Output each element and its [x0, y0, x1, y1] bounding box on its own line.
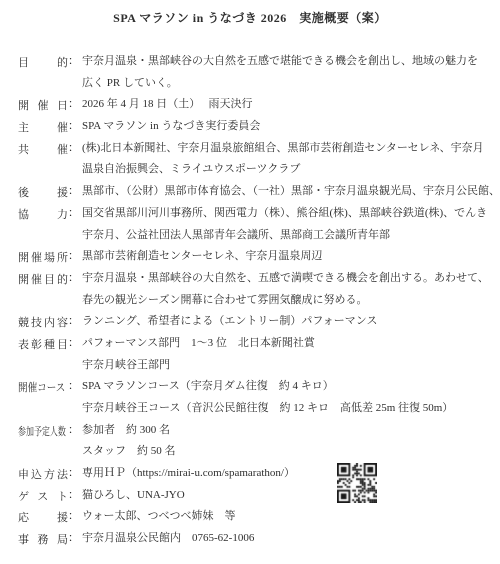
row-colon: ：: [68, 333, 82, 355]
qr-code-icon: [337, 463, 377, 503]
document-row: 開催日：2026 年 4 月 18 日（土） 雨天決行: [18, 94, 488, 116]
row-colon: ：: [68, 311, 82, 333]
document-row: 競技内容：ランニング、希望者による（エントリー制）パフォーマンス: [18, 311, 488, 333]
row-label: 共催: [18, 140, 68, 162]
row-text-line: 宇奈月温泉・黒部峡谷の大自然を、五感で満喫できる機会を創出する。あわせて、: [82, 268, 488, 290]
row-colon: ：: [68, 376, 82, 398]
row-colon: ：: [68, 116, 82, 138]
document-row: 協力：国交省黒部川河川事務所、関西電力（株）、熊谷組(株)、黒部峡谷鉄道(株)、…: [18, 203, 488, 246]
row-text-line: SPA マラソン in うなづき実行委員会: [82, 116, 488, 138]
row-label: 後援: [18, 183, 68, 205]
document-row: 後援：黒部市、（公財）黒部市体育協会、（一社）黒部・宇奈月温泉観光局、宇奈月公民…: [18, 181, 488, 203]
row-colon: ：: [68, 506, 82, 528]
document-row: ゲスト：猫ひろし、UNA-JYO: [18, 485, 488, 507]
document-row: 開催コース：SPA マラソンコース（宇奈月ダム往復 約 4 キロ）宇奈月峡谷王コ…: [18, 376, 488, 419]
row-label: ゲスト: [18, 487, 68, 509]
row-text-line: 国交省黒部川河川事務所、関西電力（株）、熊谷組(株)、黒部峡谷鉄道(株)、でんき: [82, 203, 488, 225]
rows: 目的：宇奈月温泉・黒部峡谷の大自然を五感で堪能できる機会を創出し、地域の魅力を広…: [18, 51, 488, 550]
row-text-line: 専用ＨＰ（https://mirai-u.com/spamarathon/）: [82, 463, 488, 485]
row-text-line: 宇奈月温泉・黒部峡谷の大自然を五感で堪能できる機会を創出し、地域の魅力を: [82, 51, 488, 73]
row-colon: ：: [68, 528, 82, 550]
document-row: 主催：SPA マラソン in うなづき実行委員会: [18, 116, 488, 138]
row-text-line: 黒部市、（公財）黒部市体育協会、（一社）黒部・宇奈月温泉観光局、宇奈月公民館、: [82, 181, 488, 203]
row-text-line: 温泉自治振興会、ミライユウスポーツクラブ: [82, 159, 488, 181]
row-label: 開催目的: [18, 270, 68, 292]
row-text-line: 宇奈月、公益社団法人黒部青年会議所、黒部商工会議所青年部: [82, 225, 488, 247]
row-text-line: 春先の観光シーズン開幕に合わせて雰囲気醸成に努める。: [82, 290, 488, 312]
document-row: 開催場所：黒部市芸術創造センターセレネ、宇奈月温泉周辺: [18, 246, 488, 268]
row-colon: ：: [68, 420, 82, 442]
row-text-line: パフォーマンス部門 1～3 位 北日本新聞社賞: [82, 333, 488, 355]
row-label: 開催日: [18, 96, 68, 118]
row-colon: ：: [68, 485, 82, 507]
row-text-line: 黒部市芸術創造センターセレネ、宇奈月温泉周辺: [82, 246, 488, 268]
row-text-line: スタッフ 約 50 名: [82, 441, 488, 463]
row-label: 開催場所: [18, 248, 68, 270]
row-text-line: 宇奈月峡谷王コース（音沢公民館往復 約 12 キロ 高低差 25m 往復 50m…: [82, 398, 488, 420]
document-row: 参加予定人数：参加者 約 300 名スタッフ 約 50 名: [18, 420, 488, 463]
row-label: 申込方法: [18, 465, 68, 487]
document-row: 申込方法：専用ＨＰ（https://mirai-u.com/spamaratho…: [18, 463, 488, 485]
document-row: 表彰種目：パフォーマンス部門 1～3 位 北日本新聞社賞宇奈月峡谷王部門: [18, 333, 488, 376]
row-colon: ：: [68, 268, 82, 290]
row-label: 表彰種目: [18, 335, 68, 357]
document-row: 開催目的：宇奈月温泉・黒部峡谷の大自然を、五感で満喫できる機会を創出する。あわせ…: [18, 268, 488, 311]
row-text-line: 広く PR していく。: [82, 73, 488, 95]
row-text-line: SPA マラソンコース（宇奈月ダム往復 約 4 キロ）: [82, 376, 488, 398]
row-label: 事務局: [18, 530, 68, 552]
row-label: 競技内容: [18, 313, 68, 335]
row-colon: ：: [68, 181, 82, 203]
row-label: 応援: [18, 508, 68, 530]
row-label: 目的: [18, 53, 68, 75]
document-row: 事務局：宇奈月温泉公民館内 0765-62-1006: [18, 528, 488, 550]
row-colon: ：: [68, 203, 82, 225]
row-label: 参加予定人数: [18, 422, 66, 444]
document-row: 応援：ウォー太郎、つべつべ姉妹 等: [18, 506, 488, 528]
row-text-line: 2026 年 4 月 18 日（土） 雨天決行: [82, 94, 488, 116]
row-text-line: 参加者 約 300 名: [82, 420, 488, 442]
document-page: SPA マラソン in うなづき 2026 実施概要（案） 目的：宇奈月温泉・黒…: [0, 0, 500, 564]
row-text-line: ウォー太郎、つべつべ姉妹 等: [82, 506, 488, 528]
row-text-line: ランニング、希望者による（エントリー制）パフォーマンス: [82, 311, 488, 333]
row-text-line: 宇奈月温泉公民館内 0765-62-1006: [82, 528, 488, 550]
row-label: 主催: [18, 118, 68, 140]
row-colon: ：: [68, 138, 82, 160]
row-colon: ：: [68, 463, 82, 485]
row-label: 協力: [18, 205, 68, 227]
document-row: 目的：宇奈月温泉・黒部峡谷の大自然を五感で堪能できる機会を創出し、地域の魅力を広…: [18, 51, 488, 94]
row-colon: ：: [68, 51, 82, 73]
row-text-line: (株)北日本新聞社、宇奈月温泉旅館組合、黒部市芸術創造センターセレネ、宇奈月: [82, 138, 488, 160]
document-row: 共催：(株)北日本新聞社、宇奈月温泉旅館組合、黒部市芸術創造センターセレネ、宇奈…: [18, 138, 488, 181]
row-colon: ：: [68, 246, 82, 268]
row-text-line: 宇奈月峡谷王部門: [82, 355, 488, 377]
row-label: 開催コース: [18, 378, 65, 400]
row-colon: ：: [68, 94, 82, 116]
page-title: SPA マラソン in うなづき 2026 実施概要（案）: [0, 9, 500, 26]
row-text-line: 猫ひろし、UNA-JYO: [82, 485, 488, 507]
